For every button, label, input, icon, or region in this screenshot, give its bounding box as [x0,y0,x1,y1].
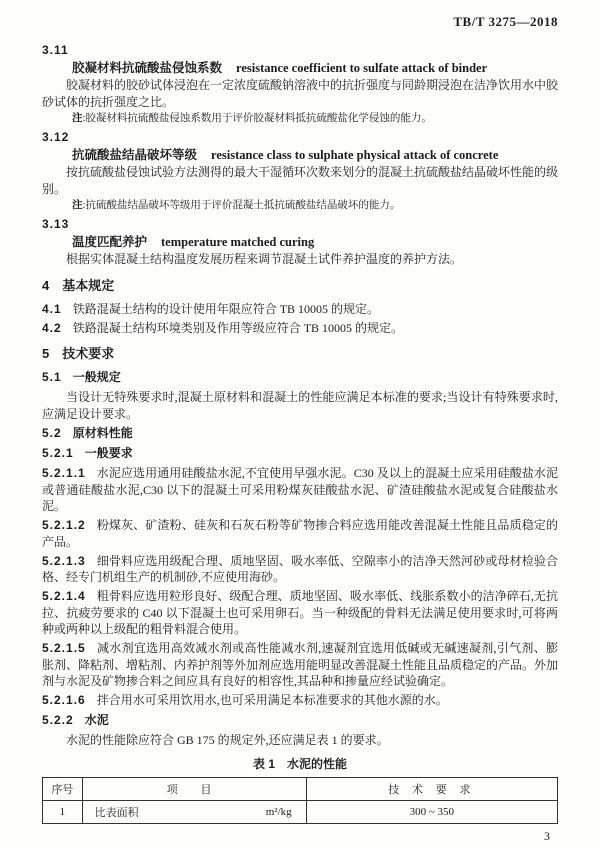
term-heading: 抗硫酸盐结晶破坏等级resistance class to sulphate p… [42,146,558,164]
chapter-title: 技术要求 [62,346,114,361]
clause-number: 5.2.1.1 [42,466,86,480]
chapter-4-heading: 4基本规定 [42,277,558,294]
table-caption-label: 表 1 [253,757,275,771]
clause-text: 粉煤灰、矿渣粉、硅灰和石灰石粉等矿物掺合料应选用能改善混凝土性能且品质稳定的产品… [42,518,558,549]
document-page: TB/T 3275—2018 3.11 胶凝材料抗硫酸盐侵蚀系数resistan… [0,0,600,848]
page-footer: 3 [42,829,558,843]
clause-5-2-1-4: 5.2.1.4粗骨料应选用粒形良好、级配合理、质地坚固、吸水率低、线胀系数小的洁… [42,588,558,638]
clause-text: 铁路混凝土结构环境类别及作用等级应符合 TB 10005 的规定。 [73,321,403,335]
clause-number: 5.2.1.6 [42,693,86,707]
page-header: TB/T 3275—2018 [42,14,558,30]
chapter-title: 基本规定 [62,278,114,293]
term-chinese: 胶凝材料抗硫酸盐侵蚀系数 [72,61,222,75]
header-index: 序号 [43,778,83,801]
term-english: resistance coefficient to sulfate attack… [236,61,487,75]
clause-number: 5.2.1.4 [42,589,86,603]
chapter-number: 5 [42,346,50,361]
subsection-title: 一般要求 [85,446,133,460]
section-number: 3.13 [42,216,558,233]
paragraph-5-1: 当设计无特殊要求时,混凝土原材料和混凝土的性能应满足本标准的要求;当设计有特殊要… [42,389,558,422]
table-caption-title: 水泥的性能 [287,757,347,771]
clause-5-2-1-1: 5.2.1.1水泥应选用通用硅酸盐水泥,不宜使用早强水泥。C30 及以上的混凝土… [42,465,558,515]
term-note: 注:抗硫酸盐结晶破坏等级用于评价混凝土抵抗硫酸盐结晶破坏的能力。 [42,198,558,213]
page-number: 3 [544,829,550,843]
header-item: 项 目 [82,778,306,801]
subsection-5-1-heading: 5.1一般规定 [42,369,558,386]
cell-index: 1 [43,801,83,824]
clause-number: 5.2.1.5 [42,641,86,655]
clause-number: 4.2 [42,321,62,335]
cell-item: 比表面积 m²/kg [82,801,306,824]
clause-text: 减水剂宜选用高效减水剂或高性能减水剂,速凝剂宜选用低碱或无碱速凝剂,引气剂、膨胀… [42,641,558,688]
chapter-5-heading: 5技术要求 [42,345,558,362]
cement-performance-table: 序号 项 目 技 术 要 求 1 比表面积 m²/kg 300 ~ 350 [42,777,558,824]
clause-4-2: 4.2铁路混凝土结构环境类别及作用等级应符合 TB 10005 的规定。 [42,320,558,337]
term-heading: 温度匹配养护temperature matched curing [42,233,558,251]
paragraph-5-2-2: 水泥的性能除应符合 GB 175 的规定外,还应满足表 1 的要求。 [42,732,558,749]
subsection-number: 5.2.1 [42,446,74,460]
clause-5-2-1-5: 5.2.1.5减水剂宜选用高效减水剂或高性能减水剂,速凝剂宜选用低碱或无碱速凝剂… [42,640,558,690]
subsection-number: 5.1 [42,370,62,384]
clause-text: 细骨料应选用级配合理、质地坚固、吸水率低、空隙率小的洁净天然河砂或母材检验合格、… [42,554,558,585]
section-number: 3.12 [42,129,558,146]
clause-text: 粗骨料应选用粒形良好、级配合理、质地坚固、吸水率低、线胀系数小的洁净碎石,无抗拉… [42,589,558,636]
term-chinese: 温度匹配养护 [72,235,147,249]
subsection-title: 水泥 [85,713,109,727]
subsection-title: 原材料性能 [73,426,133,440]
term-heading: 胶凝材料抗硫酸盐侵蚀系数resistance coefficient to su… [42,59,558,77]
section-number: 3.11 [42,42,558,59]
chapter-number: 4 [42,278,50,293]
table-row: 1 比表面积 m²/kg 300 ~ 350 [43,801,558,824]
clause-5-2-1-2: 5.2.1.2粉煤灰、矿渣粉、硅灰和石灰石粉等矿物掺合料应选用能改善混凝土性能且… [42,517,558,550]
term-definition: 胶凝材料的胶砂试体浸泡在一定浓度硫酸钠溶液中的抗折强度与同龄期浸泡在洁净饮用水中… [42,77,558,110]
clause-text: 水泥应选用通用硅酸盐水泥,不宜使用早强水泥。C30 及以上的混凝土应采用硅酸盐水… [42,466,558,513]
item-name: 比表面积 [87,804,139,820]
note-text: :胶凝材料抗硫酸盐侵蚀系数用于评价胶凝材料抵抗硫酸盐化学侵蚀的能力。 [83,113,432,124]
clause-number: 4.1 [42,302,62,316]
table-1-block: 表 1水泥的性能 序号 项 目 技 术 要 求 1 比表面积 m²/kg [42,756,558,824]
table-caption: 表 1水泥的性能 [42,756,558,772]
note-label: 注 [72,200,83,211]
cell-requirement: 300 ~ 350 [306,801,557,824]
term-section-3-13: 3.13 温度匹配养护temperature matched curing 根据… [42,216,558,268]
subsection-number: 5.2 [42,426,62,440]
clause-5-2-1-3: 5.2.1.3细骨料应选用级配合理、质地坚固、吸水率低、空隙率小的洁净天然河砂或… [42,553,558,586]
clause-5-2-1-6: 5.2.1.6拌合用水可采用饮用水,也可采用满足本标准要求的其他水源的水。 [42,692,558,709]
header-requirement: 技 术 要 求 [306,778,557,801]
subsection-5-2-1-heading: 5.2.1一般要求 [42,445,558,462]
subsection-5-2-2-heading: 5.2.2水泥 [42,712,558,729]
clause-text: 铁路混凝土结构的设计使用年限应符合 TB 10005 的规定。 [73,302,379,316]
doc-number: TB/T 3275—2018 [453,14,558,29]
subsection-title: 一般规定 [73,370,121,384]
table-header-row: 序号 项 目 技 术 要 求 [43,778,558,801]
note-text: :抗硫酸盐结晶破坏等级用于评价混凝土抵抗硫酸盐结晶破坏的能力。 [83,200,401,211]
term-chinese: 抗硫酸盐结晶破坏等级 [72,148,197,162]
subsection-5-2-heading: 5.2原材料性能 [42,425,558,442]
clause-number: 5.2.1.3 [42,554,86,568]
term-english: resistance class to sulphate physical at… [211,148,498,162]
term-english: temperature matched curing [161,235,314,249]
clause-text: 拌合用水可采用饮用水,也可采用满足本标准要求的其他水源的水。 [97,693,448,707]
clause-4-1: 4.1铁路混凝土结构的设计使用年限应符合 TB 10005 的规定。 [42,301,558,318]
term-definition: 按抗硫酸盐侵蚀试验方法测得的最大干湿循环次数来划分的混凝土抗硫酸盐结晶破坏性能的… [42,164,558,197]
clause-number: 5.2.1.2 [42,518,86,532]
term-section-3-11: 3.11 胶凝材料抗硫酸盐侵蚀系数resistance coefficient … [42,42,558,126]
term-definition: 根据实体混凝土结构温度发展历程来调节混凝土试件养护温度的养护方法。 [42,251,558,268]
item-unit: m²/kg [266,806,302,818]
note-label: 注 [72,113,83,124]
subsection-number: 5.2.2 [42,713,74,727]
term-section-3-12: 3.12 抗硫酸盐结晶破坏等级resistance class to sulph… [42,129,558,213]
term-note: 注:胶凝材料抗硫酸盐侵蚀系数用于评价胶凝材料抵抗硫酸盐化学侵蚀的能力。 [42,111,558,126]
